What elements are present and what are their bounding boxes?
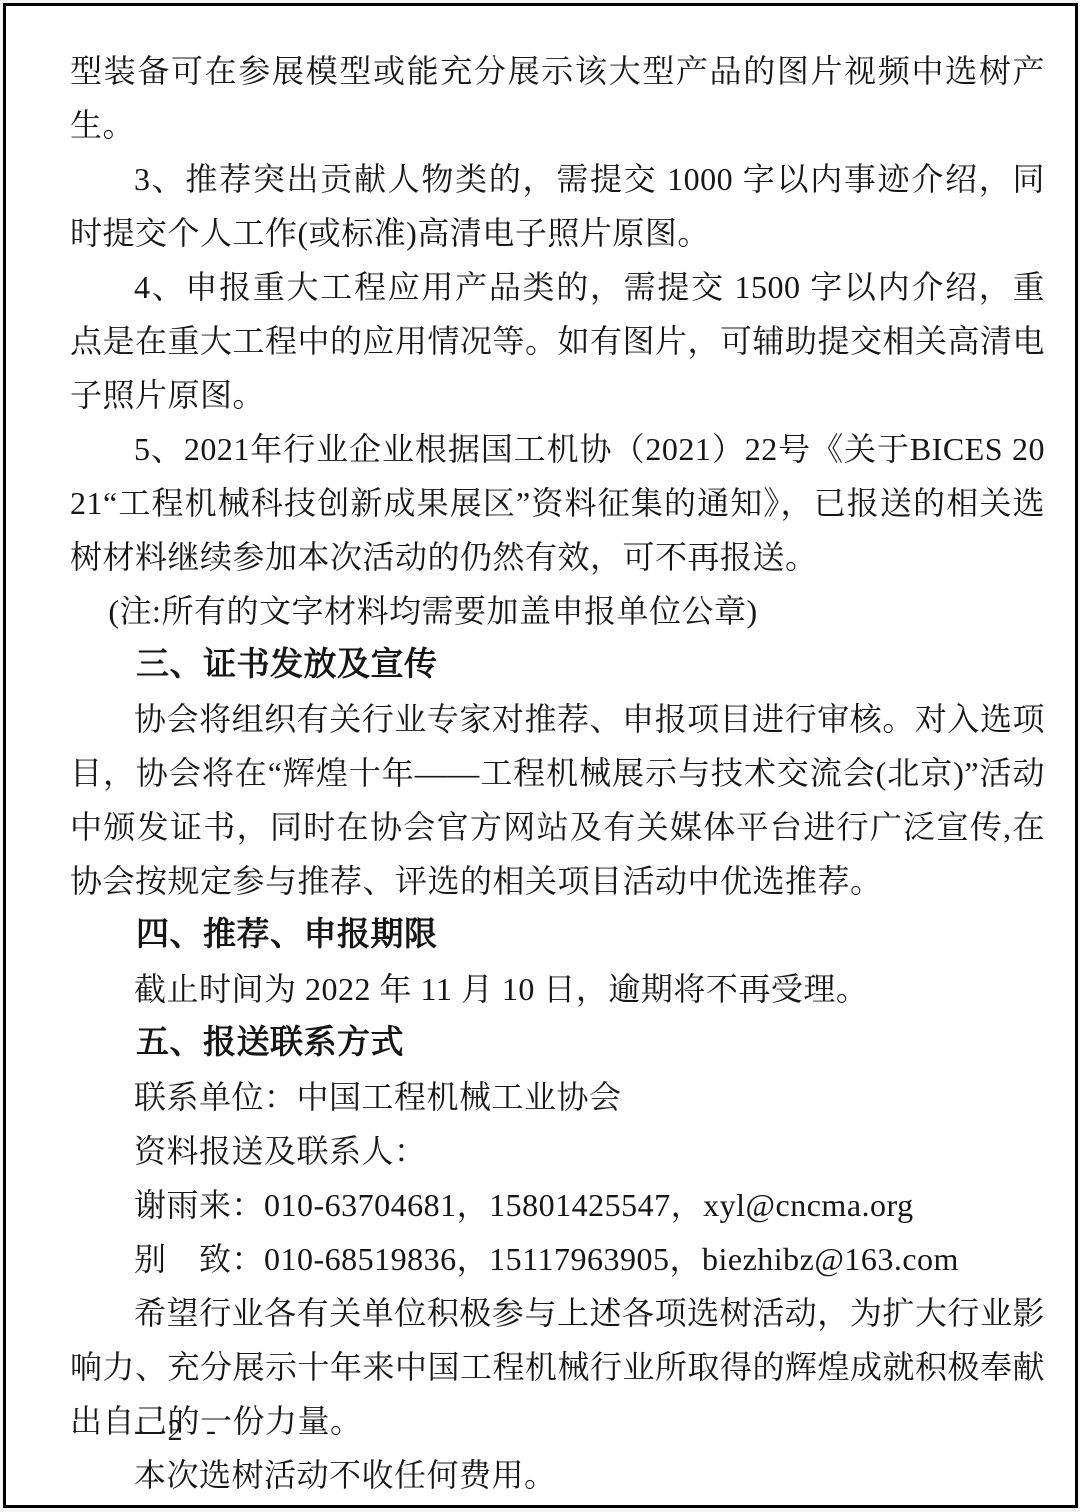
paragraph-contact-biezhi: 别 致：010-68519836，15117963905，biezhibz@16… — [70, 1232, 1045, 1286]
paragraph-contact-intro: 资料报送及联系人： — [70, 1124, 1045, 1178]
paragraph-contact-org: 联系单位：中国工程机械工业协会 — [70, 1070, 1045, 1124]
paragraph-note-seal-requirement: (注:所有的文字材料均需要加盖申报单位公章) — [70, 584, 1045, 638]
document-body: 型装备可在参展模型或能充分展示该大型产品的图片视频中选树产生。 3、推荐突出贡献… — [70, 44, 1045, 1502]
paragraph-item-4: 4、申报重大工程应用产品类的，需提交 1500 字以内介绍，重点是在重大工程中的… — [70, 260, 1045, 422]
section-heading-certificate-issuance: 三、证书发放及宣传 — [70, 638, 1045, 692]
paragraph-continuation: 型装备可在参展模型或能充分展示该大型产品的图片视频中选树产生。 — [70, 44, 1045, 152]
paragraph-item-5: 5、2021年行业企业根据国工机协（2021）22号《关于BICES 2021“… — [70, 422, 1045, 584]
paragraph-item-3: 3、推荐突出贡献人物类的，需提交 1000 字以内事迹介绍，同时提交个人工作(或… — [70, 152, 1045, 260]
section-heading-contact: 五、报送联系方式 — [70, 1016, 1045, 1070]
document-page: 型装备可在参展模型或能充分展示该大型产品的图片视频中选树产生。 3、推荐突出贡献… — [3, 3, 1078, 1508]
page-number: - 2 - — [134, 1414, 224, 1448]
paragraph-deadline-body: 截止时间为 2022 年 11 月 10 日，逾期将不再受理。 — [70, 962, 1045, 1016]
paragraph-certificate-body: 协会将组织有关行业专家对推荐、申报项目进行审核。对入选项目，协会将在“辉煌十年—… — [70, 692, 1045, 908]
paragraph-no-fee: 本次选树活动不收任何费用。 — [70, 1448, 1045, 1502]
paragraph-contact-xieyulai: 谢雨来：010-63704681，15801425547，xyl@cncma.o… — [70, 1178, 1045, 1232]
section-heading-deadline: 四、推荐、申报期限 — [70, 908, 1045, 962]
